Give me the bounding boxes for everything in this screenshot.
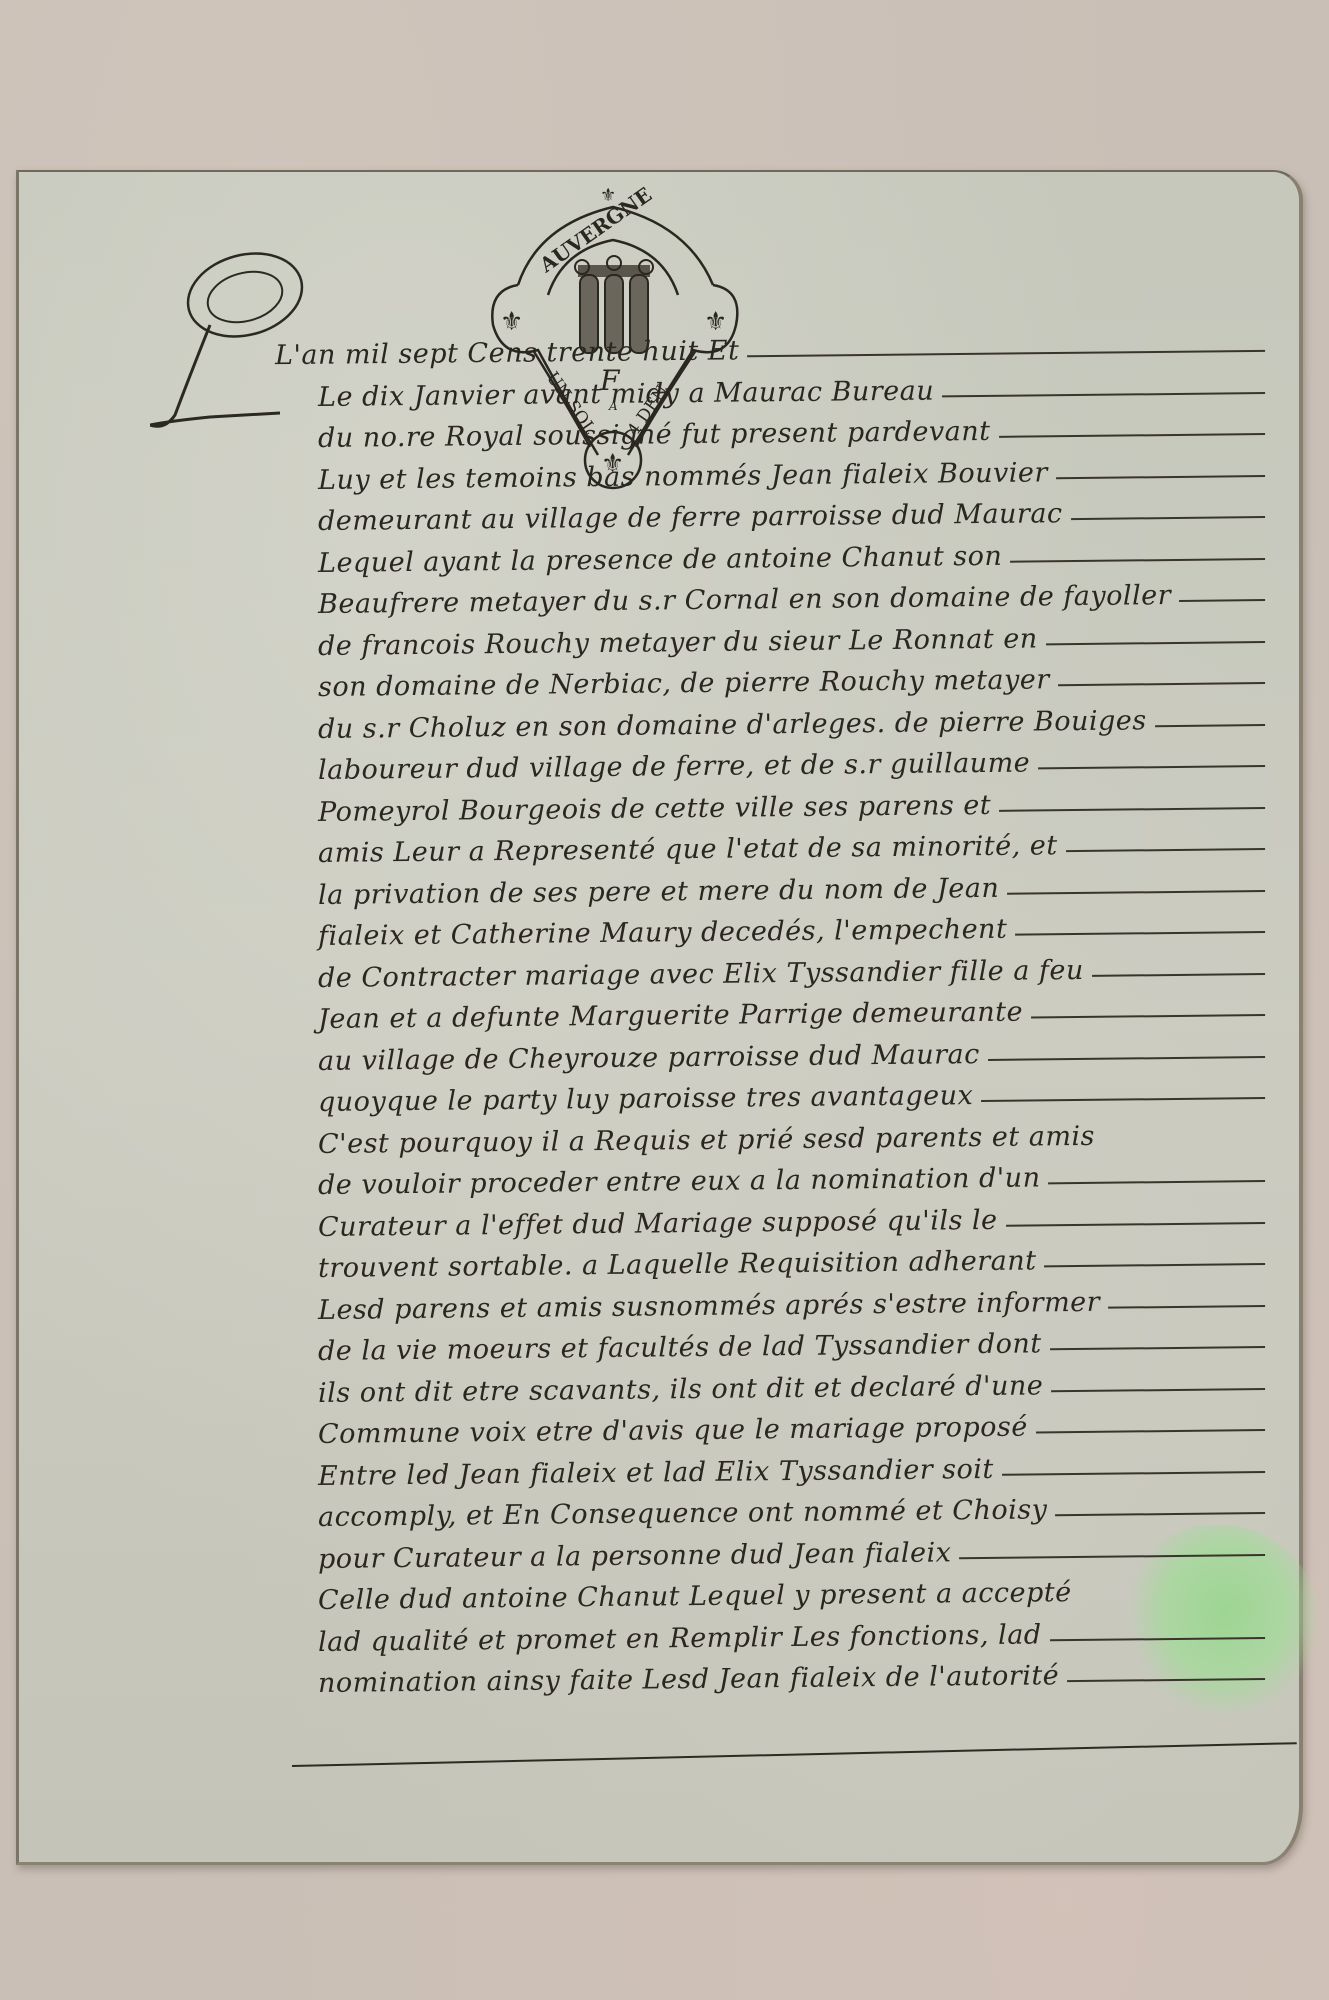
line-filler-dash [1155, 724, 1265, 727]
line-filler-dash [1056, 475, 1265, 479]
line-filler-dash [1066, 848, 1265, 852]
line-filler-dash [999, 433, 1266, 438]
line-text: L'an mil sept Cens trente huit Et [275, 335, 740, 371]
line-filler-dash [1071, 516, 1265, 520]
line-filler-dash [1050, 1346, 1265, 1350]
line-text: Le dix Janvier avant midy a Maurac Burea… [318, 375, 934, 412]
line-text: Curateur a l'effet dud Mariage supposé q… [318, 1204, 998, 1242]
line-filler-dash [1038, 765, 1265, 769]
line-filler-dash [1031, 1014, 1265, 1018]
line-text: Entre led Jean fialeix et lad Elix Tyssa… [318, 1453, 994, 1491]
line-filler-dash [1002, 1471, 1265, 1476]
line-filler-dash [1108, 1305, 1265, 1309]
line-filler-dash [1050, 1637, 1265, 1641]
line-filler-dash [1046, 641, 1265, 645]
stamp-top-text: AUVERGNE [534, 185, 656, 278]
line-filler-dash [942, 392, 1265, 397]
line-filler-dash [999, 807, 1265, 812]
line-filler-dash [1179, 599, 1265, 602]
line-filler-dash [1045, 1263, 1266, 1267]
line-filler-dash [1036, 1429, 1265, 1433]
line-text: Pomeyrol Bourgeois de cette ville ses pa… [318, 789, 991, 827]
line-filler-dash [959, 1554, 1265, 1559]
line-filler-dash [981, 1097, 1265, 1102]
line-text: au village de Cheyrouze parroisse dud Ma… [318, 1039, 980, 1077]
line-filler-dash [1067, 1678, 1265, 1682]
line-filler-dash [988, 1056, 1265, 1061]
line-text: la privation de ses pere et mere du nom … [318, 872, 1000, 910]
line-filler-dash [1049, 1180, 1266, 1184]
crown-ornament-icon: ⚜ [600, 185, 616, 206]
line-filler-dash [1010, 558, 1265, 563]
line-filler-dash [1007, 890, 1265, 895]
line-text: Lequel ayant la presence de antoine Chan… [318, 540, 1003, 578]
line-filler-dash [1006, 1222, 1265, 1227]
line-filler-dash [1092, 973, 1265, 977]
line-filler-dash [1015, 931, 1265, 936]
line-filler-dash [1055, 1512, 1265, 1516]
line-filler-dash [747, 350, 1265, 357]
line-filler-dash [1058, 682, 1265, 686]
line-text: pour Curateur a la personne dud Jean fia… [318, 1537, 952, 1575]
line-filler-dash [1051, 1388, 1265, 1392]
